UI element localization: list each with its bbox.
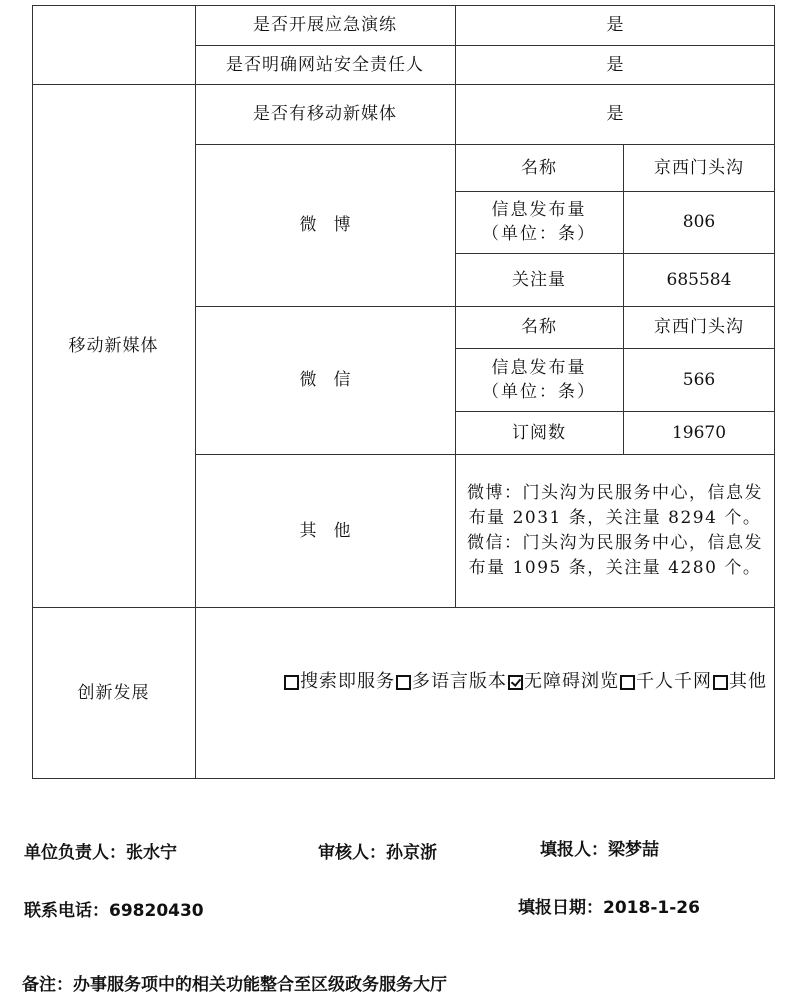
option-label: 多语言版本 <box>412 670 507 694</box>
checkbox-accessibility[interactable] <box>508 675 523 690</box>
security-owner-value: 是 <box>455 45 775 84</box>
weixin-name-value: 京西门头沟 <box>623 306 775 348</box>
option-label: 无障碍浏览 <box>524 670 619 694</box>
remark: 备注：办事服务项中的相关功能整合至区级政务服务大厅 <box>22 970 447 995</box>
option-label: 其他 <box>729 670 767 694</box>
contact-phone: 联系电话：69820430 <box>24 896 204 921</box>
weixin-name-label: 名称 <box>455 306 623 348</box>
mobile-media-section-label: 移动新媒体 <box>32 84 195 607</box>
checkbox-search-service[interactable] <box>284 675 299 690</box>
filler: 填报人：梁梦喆 <box>540 835 659 860</box>
unit-head: 单位负责人：张水宁 <box>24 838 177 863</box>
weibo-label: 微 博 <box>195 144 455 306</box>
fill-date: 填报日期：2018-1-26 <box>518 893 700 918</box>
weibo-posts-label-line2: （单位：条） <box>482 222 596 246</box>
innovation-options: 搜索即服务 多语言版本 无障碍浏览 千人千网 其他 <box>195 607 775 757</box>
checkbox-other[interactable] <box>713 675 728 690</box>
weixin-posts-value: 566 <box>623 348 775 411</box>
weibo-name-value: 京西门头沟 <box>623 144 775 191</box>
emergency-drill-value: 是 <box>455 5 775 45</box>
weixin-posts-label-line2: （单位：条） <box>482 380 596 404</box>
innovation-label: 创新发展 <box>32 607 195 779</box>
weixin-subscribers-value: 19670 <box>623 411 775 454</box>
innovation-options-list: 搜索即服务 多语言版本 无障碍浏览 千人千网 其他 <box>283 670 767 694</box>
has-mobile-media-label: 是否有移动新媒体 <box>195 84 455 144</box>
weixin-posts-label: 信息发布量 （单位：条） <box>455 348 623 411</box>
reviewer: 审核人：孙京浙 <box>318 838 437 863</box>
has-mobile-media-value: 是 <box>455 84 775 144</box>
other-text: 微博：门头沟为民服务中心，信息发布量 2031 条，关注量 8294 个。微信：… <box>455 454 775 607</box>
weixin-posts-label-line1: 信息发布量 <box>492 356 587 380</box>
checkbox-personalized[interactable] <box>620 675 635 690</box>
weibo-name-label: 名称 <box>455 144 623 191</box>
weibo-followers-value: 685584 <box>623 253 775 306</box>
emergency-drill-label: 是否开展应急演练 <box>195 5 455 45</box>
weibo-posts-value: 806 <box>623 191 775 253</box>
other-label: 其 他 <box>195 454 455 607</box>
weibo-followers-label: 关注量 <box>455 253 623 306</box>
weixin-label: 微 信 <box>195 306 455 454</box>
report-table: 是否开展应急演练 是 是否明确网站安全责任人 是 移动新媒体 是否有移动新媒体 … <box>32 5 775 779</box>
weixin-subscribers-label: 订阅数 <box>455 411 623 454</box>
option-label: 千人千网 <box>636 670 712 694</box>
weibo-posts-label: 信息发布量 （单位：条） <box>455 191 623 253</box>
weibo-posts-label-line1: 信息发布量 <box>492 198 587 222</box>
option-label: 搜索即服务 <box>300 670 395 694</box>
security-owner-label: 是否明确网站安全责任人 <box>195 45 455 84</box>
checkbox-multilingual[interactable] <box>396 675 411 690</box>
